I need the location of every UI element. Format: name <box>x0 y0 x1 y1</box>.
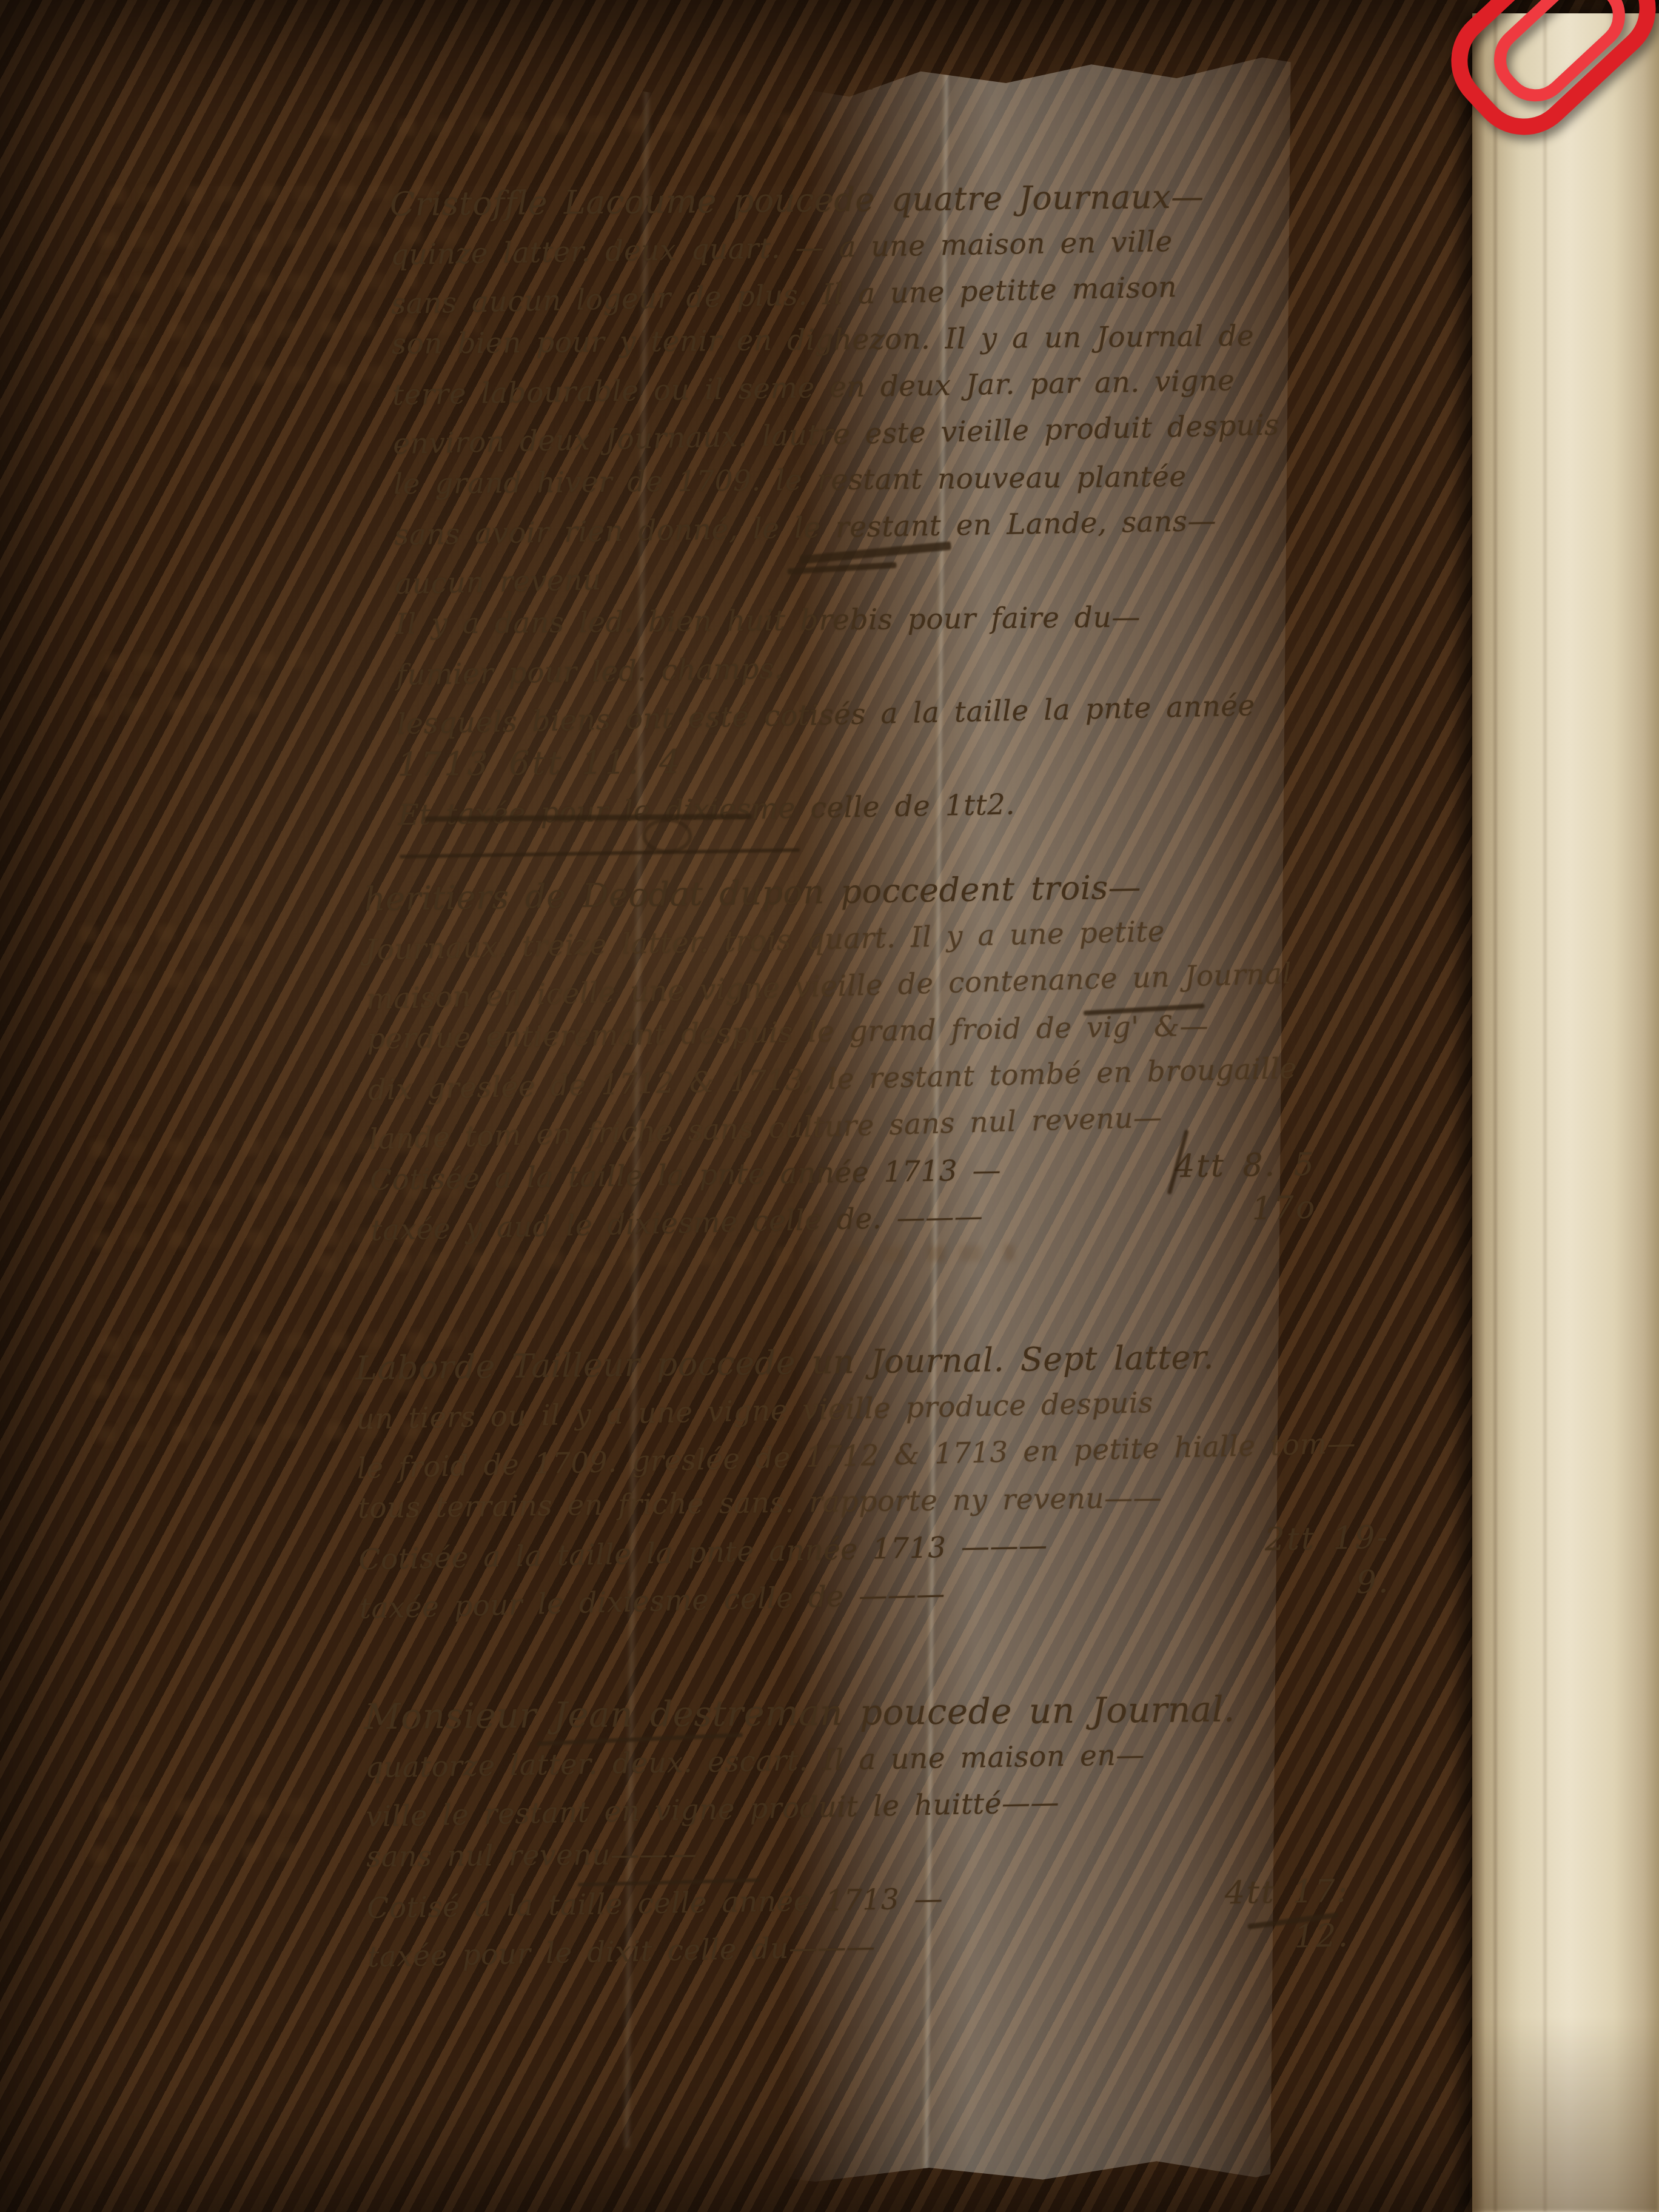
entry-jean-destreman: Monsieur Jean destreman poucede un Journ… <box>364 1682 1460 1977</box>
adjacent-page-edge <box>1472 13 1659 2212</box>
page-edge-crease <box>1494 13 1496 2212</box>
bleed-through-mark <box>99 1798 330 1817</box>
bleed-through-mark <box>321 114 794 137</box>
assessment-amount: 2tt 19- <box>1264 1515 1390 1564</box>
bleed-through-mark <box>81 923 263 942</box>
manuscript-page: 1 Cristoffle Lacoume poucede quatre Jour… <box>47 27 1490 2199</box>
assessment-amount: 4tt 8. 5 <box>1175 1142 1316 1191</box>
photo-scene: 1 Cristoffle Lacoume poucede quatre Jour… <box>0 0 1659 2212</box>
entry-cristoffle-lacoume: Cristoffle Lacoume poucede quatre Journa… <box>389 168 1490 837</box>
bleed-through-mark <box>89 970 247 988</box>
entry-laborde-tailleur: Laborde Tailleur poccede un Journal. Sep… <box>355 1327 1512 1627</box>
assessment-label: taxée pour le dixit celle du——— <box>367 1923 876 1981</box>
red-paperclip <box>1461 0 1659 127</box>
ink-scribble <box>642 818 692 854</box>
bleed-through-mark <box>90 1843 296 1862</box>
page-edge-fold-shadow <box>1472 2018 1659 2212</box>
assessment-amount: 17o <box>1252 1184 1317 1232</box>
page-edge-crease <box>1544 13 1546 2212</box>
bleed-through-mark <box>92 697 273 715</box>
ink-underline <box>400 848 800 859</box>
bleed-through-mark <box>104 652 310 671</box>
bleed-through-mark <box>102 272 417 293</box>
assessment-amount: 4tt 17: <box>1224 1868 1349 1917</box>
bleed-through-mark <box>101 366 386 386</box>
entry-heritiers-deodat-dupon: heritiers de Deodat dupon poccedent troi… <box>364 856 1511 1252</box>
assessment-amount: 9. <box>1356 1559 1391 1606</box>
